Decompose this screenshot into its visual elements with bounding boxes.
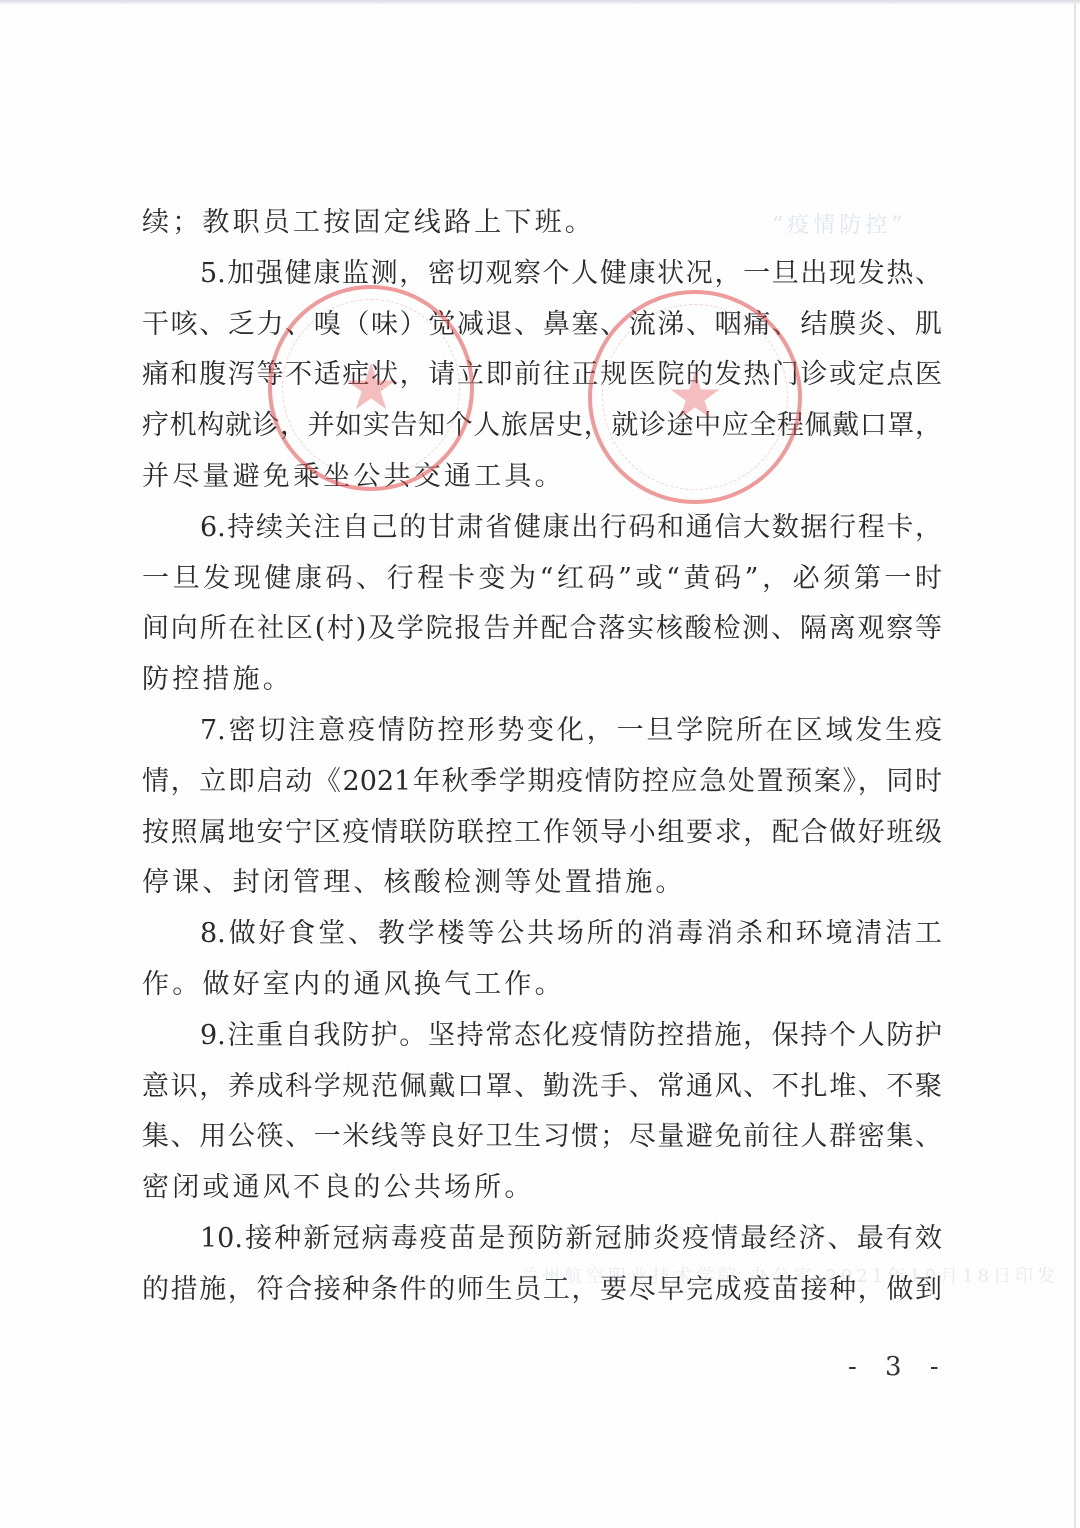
paragraph-item-7-line-4: 停课、封闭管理、核酸检测等处置措施。 [142,858,942,909]
paragraph-item-6-line-1: 6.持续关注自己的甘肃省健康出行码和通信大数据行程卡， [142,503,942,554]
paragraph-item-5-line-3: 痛和腹泻等不适症状，请立即前往正规医院的发热门诊或定点医 [142,350,942,401]
paragraph-item-7-line-1: 7.密切注意疫情防控形势变化，一旦学院所在区域发生疫 [142,706,942,757]
document-body: 续；教职员工按固定线路上下班。 5.加强健康监测，密切观察个人健康状况，一旦出现… [142,198,942,1316]
paragraph-item-8-line-2: 作。做好室内的通风换气工作。 [142,960,942,1011]
paragraph-item-6-line-4: 防控措施。 [142,655,942,706]
paragraph-item-9-line-2: 意识，养成科学规范佩戴口罩、勤洗手、常通风、不扎堆、不聚 [142,1062,942,1113]
paragraph-item-10-line-2: 的措施，符合接种条件的师生员工，要尽早完成疫苗接种，做到 [142,1265,942,1316]
scan-top-edge [0,0,1080,4]
paragraph-item-7-line-2: 情，立即启动《2021年秋季学期疫情防控应急处置预案》，同时 [142,757,942,808]
document-page: “疫情防控” 兰州航空职业技术学院 办公室 2021年10月18日印发 续；教职… [0,0,1080,1528]
paragraph-item-5-line-2: 干咳、乏力、嗅（味）觉减退、鼻塞、流涕、咽痛、结膜炎、肌 [142,300,942,351]
paragraph-item-6-line-2: 一旦发现健康码、行程卡变为“红码”或“黄码”，必须第一时 [142,554,942,605]
paragraph-item-9-line-3: 集、用公筷、一米线等良好卫生习惯；尽量避免前往人群密集、 [142,1112,942,1163]
paragraph-item-10-line-1: 10.接种新冠病毒疫苗是预防新冠肺炎疫情最经济、最有效 [142,1214,942,1265]
paragraph-item-7-line-3: 按照属地安宁区疫情联防联控工作领导小组要求，配合做好班级 [142,808,942,859]
paragraph-item-9-line-4: 密闭或通风不良的公共场所。 [142,1163,942,1214]
scan-right-edge [1074,0,1076,1528]
page-number: - 3 - [848,1352,949,1382]
paragraph-continuation-line: 续；教职员工按固定线路上下班。 [142,198,942,249]
paragraph-item-6-line-3: 间向所在社区(村)及学院报告并配合落实核酸检测、隔离观察等 [142,604,942,655]
paragraph-item-5-line-4: 疗机构就诊，并如实告知个人旅居史，就诊途中应全程佩戴口罩， [142,401,942,452]
paragraph-item-8-line-1: 8.做好食堂、教学楼等公共场所的消毒消杀和环境清洁工 [142,909,942,960]
paragraph-item-5-line-1: 5.加强健康监测，密切观察个人健康状况，一旦出现发热、 [142,249,942,300]
paragraph-item-5-line-5: 并尽量避免乘坐公共交通工具。 [142,452,942,503]
paragraph-item-9-line-1: 9.注重自我防护。坚持常态化疫情防控措施，保持个人防护 [142,1011,942,1062]
